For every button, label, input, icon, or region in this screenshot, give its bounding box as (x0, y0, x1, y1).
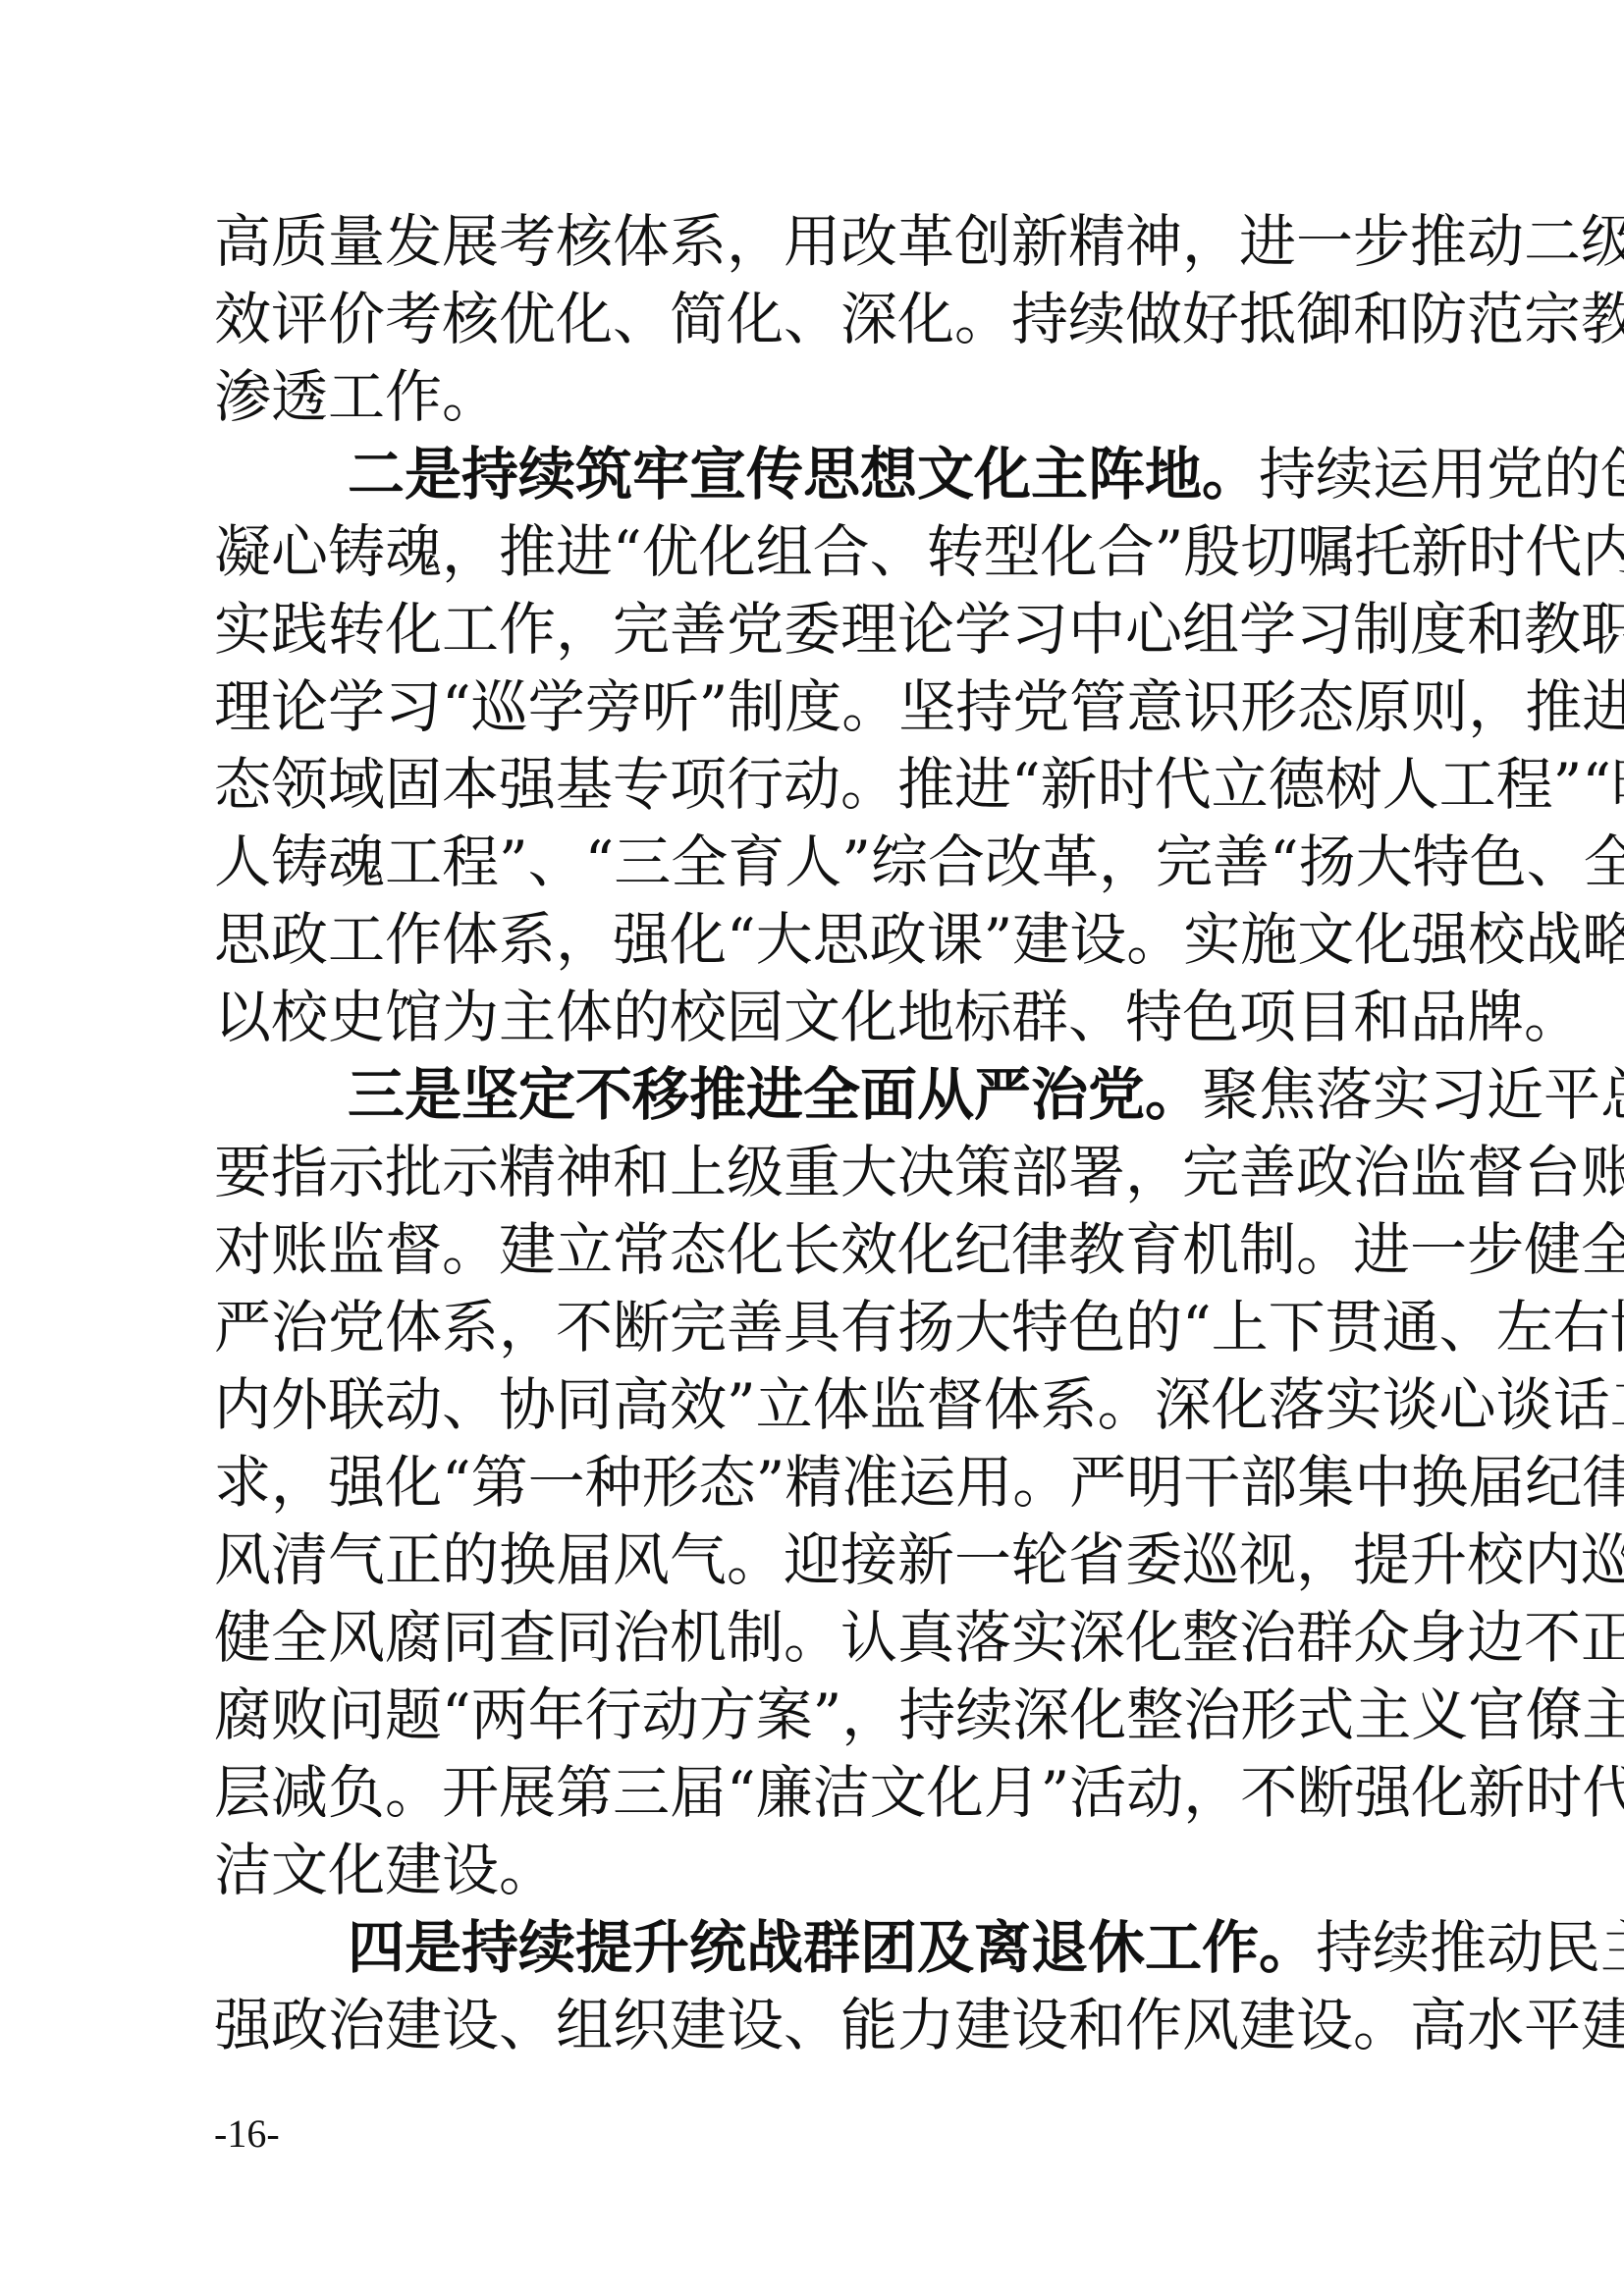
text-line: 以校史馆为主体的校园文化地标群、特色项目和品牌。 (214, 982, 1412, 1052)
line-text: 腐败问题“两年行动方案”，持续深化整治形式主义官僚主义为基 (214, 1682, 1624, 1748)
text-line: 凝心铸魂，推进“优化组合、转型化合”殷切嘱托新时代内涵研究 (214, 516, 1412, 587)
line-text: 以校史馆为主体的校园文化地标群、特色项目和品牌。 (214, 984, 1581, 1050)
text-line: 思政工作体系，强化“大思政课”建设。实施文化强校战略，打造 (214, 904, 1412, 975)
text-line: 理论学习“巡学旁听”制度。坚持党管意识形态原则，推进意识形 (214, 671, 1412, 742)
text-line: 实践转化工作，完善党委理论学习中心组学习制度和教职工政治 (214, 594, 1412, 665)
line-text: 实践转化工作，完善党委理论学习中心组学习制度和教职工政治 (214, 596, 1624, 663)
line-text: 严治党体系，不断完善具有扬大特色的“上下贯通、左右协调、 (214, 1294, 1624, 1361)
line-text: 渗透工作。 (214, 363, 499, 430)
text-line: 要指示批示精神和上级重大决策部署，完善政治监督台账，强化 (214, 1137, 1412, 1207)
text-line: 层减负。开展第三届“廉洁文化月”活动，不断强化新时代校园廉 (214, 1757, 1412, 1828)
line-text: 凝心铸魂，推进“优化组合、转型化合”殷切嘱托新时代内涵研究 (214, 518, 1624, 585)
line-text: 强政治建设、组织建设、能力建设和作风建设。高水平建设国家 (214, 1992, 1624, 2058)
line-text: 求，强化“第一种形态”精准运用。严明干部集中换届纪律，营造 (214, 1449, 1624, 1516)
section-heading-line: 四是持续提升统战群团及离退休工作。持续推动民主党派加 (348, 1912, 1412, 1983)
line-text: 洁文化建设。 (214, 1837, 556, 1903)
section-heading: 四是持续提升统战群团及离退休工作。 (348, 1914, 1316, 1981)
line-text: 态领域固本强基专项行动。推进“新时代立德树人工程”“时代新 (214, 751, 1624, 818)
text-line: 内外联动、协同高效”立体监督体系。深化落实谈心谈话工作要 (214, 1369, 1412, 1440)
text-line: 健全风腐同查同治机制。认真落实深化整治群众身边不正之风和 (214, 1602, 1412, 1673)
line-text: 效评价考核优化、简化、深化。持续做好抵御和防范宗教向校园 (214, 286, 1624, 352)
line-text: 高质量发展考核体系，用改革创新精神，进一步推动二级单位绩 (214, 208, 1624, 275)
page-number: -16- (214, 2110, 280, 2157)
text-line: 强政治建设、组织建设、能力建设和作风建设。高水平建设国家 (214, 1990, 1412, 2060)
line-text: 聚焦落实习近平总书记重 (1202, 1061, 1624, 1128)
text-line: 风清气正的换届风气。迎接新一轮省委巡视，提升校内巡察质效。 (214, 1524, 1412, 1595)
line-text: 人铸魂工程”、“三全育人”综合改革，完善“扬大特色、全国示范” (214, 828, 1624, 895)
line-text: 要指示批示精神和上级重大决策部署，完善政治监督台账，强化 (214, 1139, 1624, 1205)
text-line: 求，强化“第一种形态”精准运用。严明干部集中换届纪律，营造 (214, 1447, 1412, 1518)
text-line: 效评价考核优化、简化、深化。持续做好抵御和防范宗教向校园 (214, 284, 1412, 354)
text-line: 态领域固本强基专项行动。推进“新时代立德树人工程”“时代新 (214, 749, 1412, 820)
section-heading: 二是持续筑牢宣传思想文化主阵地。 (348, 441, 1259, 507)
line-text: 持续推动民主党派加 (1316, 1914, 1624, 1981)
section-heading-line: 二是持续筑牢宣传思想文化主阵地。持续运用党的创新理论 (348, 439, 1412, 509)
text-line: 腐败问题“两年行动方案”，持续深化整治形式主义官僚主义为基 (214, 1680, 1412, 1750)
line-text: 风清气正的换届风气。迎接新一轮省委巡视，提升校内巡察质效。 (214, 1526, 1624, 1593)
line-text: 理论学习“巡学旁听”制度。坚持党管意识形态原则，推进意识形 (214, 673, 1624, 740)
text-line: 人铸魂工程”、“三全育人”综合改革，完善“扬大特色、全国示范” (214, 827, 1412, 897)
line-text: 层减负。开展第三届“廉洁文化月”活动，不断强化新时代校园廉 (214, 1759, 1624, 1826)
text-line: 渗透工作。 (214, 361, 1412, 432)
text-line: 对账监督。建立常态化长效化纪律教育机制。进一步健全全面从 (214, 1214, 1412, 1285)
line-text: 持续运用党的创新理论 (1259, 441, 1624, 507)
section-heading: 三是坚定不移推进全面从严治党。 (348, 1061, 1202, 1128)
text-line: 高质量发展考核体系，用改革创新精神，进一步推动二级单位绩 (214, 206, 1412, 277)
line-text: 内外联动、协同高效”立体监督体系。深化落实谈心谈话工作要 (214, 1371, 1624, 1438)
line-text: 思政工作体系，强化“大思政课”建设。实施文化强校战略，打造 (214, 906, 1624, 973)
document-page: 高质量发展考核体系，用改革创新精神，进一步推动二级单位绩 效评价考核优化、简化、… (0, 0, 1624, 2296)
section-heading-line: 三是坚定不移推进全面从严治党。聚焦落实习近平总书记重 (348, 1059, 1412, 1130)
line-text: 健全风腐同查同治机制。认真落实深化整治群众身边不正之风和 (214, 1604, 1624, 1671)
line-text: 对账监督。建立常态化长效化纪律教育机制。进一步健全全面从 (214, 1216, 1624, 1283)
text-line: 洁文化建设。 (214, 1835, 1412, 1905)
text-line: 严治党体系，不断完善具有扬大特色的“上下贯通、左右协调、 (214, 1292, 1412, 1362)
